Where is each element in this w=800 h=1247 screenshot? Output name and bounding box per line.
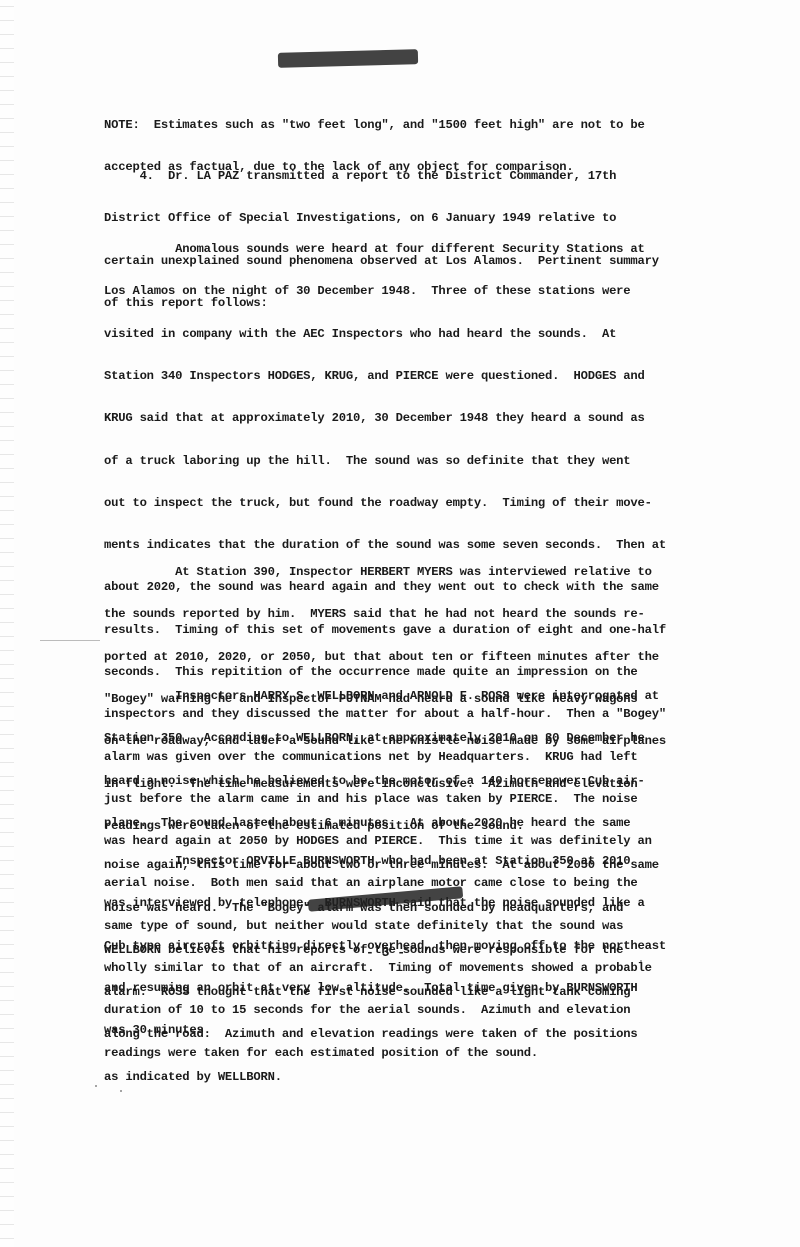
text-line: NOTE: Estimates such as "two feet long",… bbox=[104, 118, 704, 132]
document-page: NOTE: Estimates such as "two feet long",… bbox=[0, 0, 800, 1247]
scan-speck bbox=[640, 960, 642, 962]
scan-speck bbox=[95, 1085, 97, 1087]
text-line: and resuming an orbit at very low altitu… bbox=[104, 981, 704, 995]
text-line: Anomalous sounds were heard at four diff… bbox=[104, 242, 704, 256]
text-line: as indicated by WELLBORN. bbox=[104, 1070, 704, 1084]
text-line: of a truck laboring up the hill. The sou… bbox=[104, 454, 704, 468]
text-line: Station 350. According to WELLBORN, at a… bbox=[104, 731, 704, 745]
text-line: heard a noise which he believed to be th… bbox=[104, 774, 704, 788]
text-line: was 30 minutes. bbox=[104, 1023, 704, 1037]
classification-stamp-redaction bbox=[278, 49, 418, 68]
page-number: - 3 - bbox=[366, 945, 405, 960]
scan-speck bbox=[120, 1090, 122, 1092]
text-line: Inspector ORVILLE BURNSWORTH who had bee… bbox=[104, 854, 704, 868]
text-line: Station 340 Inspectors HODGES, KRUG, and… bbox=[104, 369, 704, 383]
text-line: the sounds reported by him. MYERS said t… bbox=[104, 607, 704, 621]
text-line: Inspectors HARRY S. WELLBORN and ARNOLD … bbox=[104, 689, 704, 703]
text-line: KRUG said that at approximately 2010, 30… bbox=[104, 411, 704, 425]
text-line: visited in company with the AEC Inspecto… bbox=[104, 327, 704, 341]
text-line: Los Alamos on the night of 30 December 1… bbox=[104, 284, 704, 298]
page-edge-shadow bbox=[0, 0, 14, 1247]
scan-artifact bbox=[40, 640, 100, 641]
text-line: 4. Dr. LA PAZ transmitted a report to th… bbox=[104, 169, 704, 183]
text-line: out to inspect the truck, but found the … bbox=[104, 496, 704, 510]
text-line: At Station 390, Inspector HERBERT MYERS … bbox=[104, 565, 704, 579]
